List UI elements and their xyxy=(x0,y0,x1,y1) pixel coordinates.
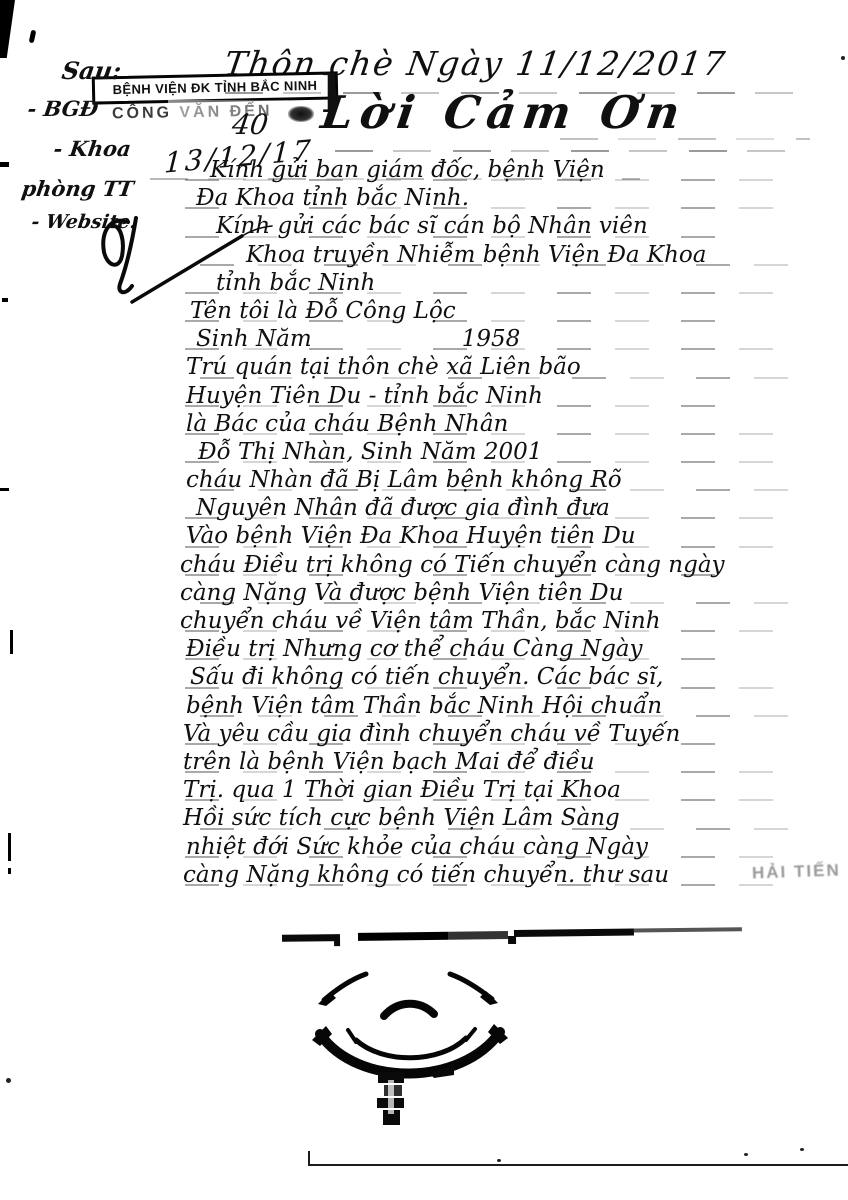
handwritten-line: Trú quán tại thôn chè xã Liên bão xyxy=(0,353,848,381)
handwritten-line: trên là bệnh Viện bạch Mai để điều xyxy=(0,748,848,776)
handwritten-line: nhiệt đới Sức khỏe của cháu càng Ngày xyxy=(0,833,848,861)
handwritten-line: cháu Nhàn đã Bị Lâm bệnh không Rõ xyxy=(0,466,848,494)
scan-edge-artifact xyxy=(800,1148,804,1151)
handwritten-line: Và yêu cầu gia đình chuyển cháu về Tuyến xyxy=(0,720,848,748)
handwritten-line: Đỗ Thị Nhàn, Sinh Năm 2001 xyxy=(0,438,848,466)
handwritten-line: Huyện Tiên Du - tỉnh bắc Ninh xyxy=(0,382,848,410)
handwritten-line: Hồi sức tích cực bệnh Viện Lâm Sàng xyxy=(0,804,848,832)
faint-print-mark: HẢI TIẾN xyxy=(752,860,841,883)
handwritten-line: Khoa truyền Nhiễm bệnh Viện Đa Khoa xyxy=(0,241,848,269)
handwritten-line: là Bác của cháu Bệnh Nhân xyxy=(0,410,848,438)
margin-note: - BGĐ xyxy=(26,96,100,121)
scan-edge-artifact xyxy=(0,0,15,58)
handwritten-line: Kính gửi các bác sĩ cán bộ Nhân viên xyxy=(0,212,848,240)
stamp-hospital-name: BỆNH VIỆN ĐK TỈNH BẮC NINH xyxy=(113,78,318,97)
scan-edge-artifact xyxy=(497,1159,501,1162)
ruled-line xyxy=(335,150,805,152)
handwritten-line: Sinh Năm1958 xyxy=(0,325,848,353)
scan-artifact-line xyxy=(282,925,742,947)
handwritten-line: Tên tôi là Đỗ Công Lộc xyxy=(0,297,848,325)
handwritten-line: Sấu đi không có tiến chuyển. Các bác sĩ, xyxy=(0,663,848,691)
handwritten-line: Đa Khoa tỉnh bắc Ninh. xyxy=(0,184,848,212)
margin-note: Sau: xyxy=(60,56,123,85)
letter-title: Lời Cảm Ơn xyxy=(318,86,690,139)
scanned-letter-page: Thôn chè Ngày 11/12/2017 BỆNH VIỆN ĐK TỈ… xyxy=(0,0,848,1200)
scan-edge-artifact xyxy=(29,30,37,44)
scan-artifact-figure xyxy=(300,952,520,1130)
handwritten-line: Trị. qua 1 Thời gian Điều Trị tại Khoa xyxy=(0,776,848,804)
scan-edge-artifact xyxy=(841,56,845,60)
handwritten-line: càng Nặng Và được bệnh Viện tiên Du xyxy=(0,579,848,607)
letter-body: Kính gửi ban giám đốc, bệnh Viện Đa Khoa… xyxy=(0,156,848,889)
handwritten-line: Nguyên Nhân đã được gia đình đưa xyxy=(0,494,848,522)
stamp-number: 40 xyxy=(230,108,270,141)
stamp-smudge-artifact xyxy=(288,106,314,122)
stamp-fade-artifact xyxy=(168,100,288,126)
handwritten-line: bệnh Viện tâm Thần bắc Ninh Hội chuẩn xyxy=(0,692,848,720)
scan-edge-artifact xyxy=(308,1151,310,1165)
birth-year: 1958 xyxy=(462,326,521,352)
handwritten-line: Vào bệnh Viện Đa Khoa Huyện tiên Du xyxy=(0,522,848,550)
handwritten-line: chuyển cháu về Viện tâm Thần, bắc Ninh xyxy=(0,607,848,635)
handwritten-line: Điều trị Nhưng cơ thể cháu Càng Ngày xyxy=(0,635,848,663)
scan-edge-artifact xyxy=(744,1153,748,1156)
handwritten-line: càng Nặng không có tiến chuyển. thư sau xyxy=(0,861,848,889)
page-bottom-line xyxy=(308,1164,848,1166)
handwritten-line: Kính gửi ban giám đốc, bệnh Viện xyxy=(0,156,848,184)
scan-edge-artifact xyxy=(6,1078,11,1083)
handwritten-line: tỉnh bắc Ninh xyxy=(0,269,848,297)
handwritten-line: cháu Điều trị không có Tiến chuyển càng … xyxy=(0,551,848,579)
